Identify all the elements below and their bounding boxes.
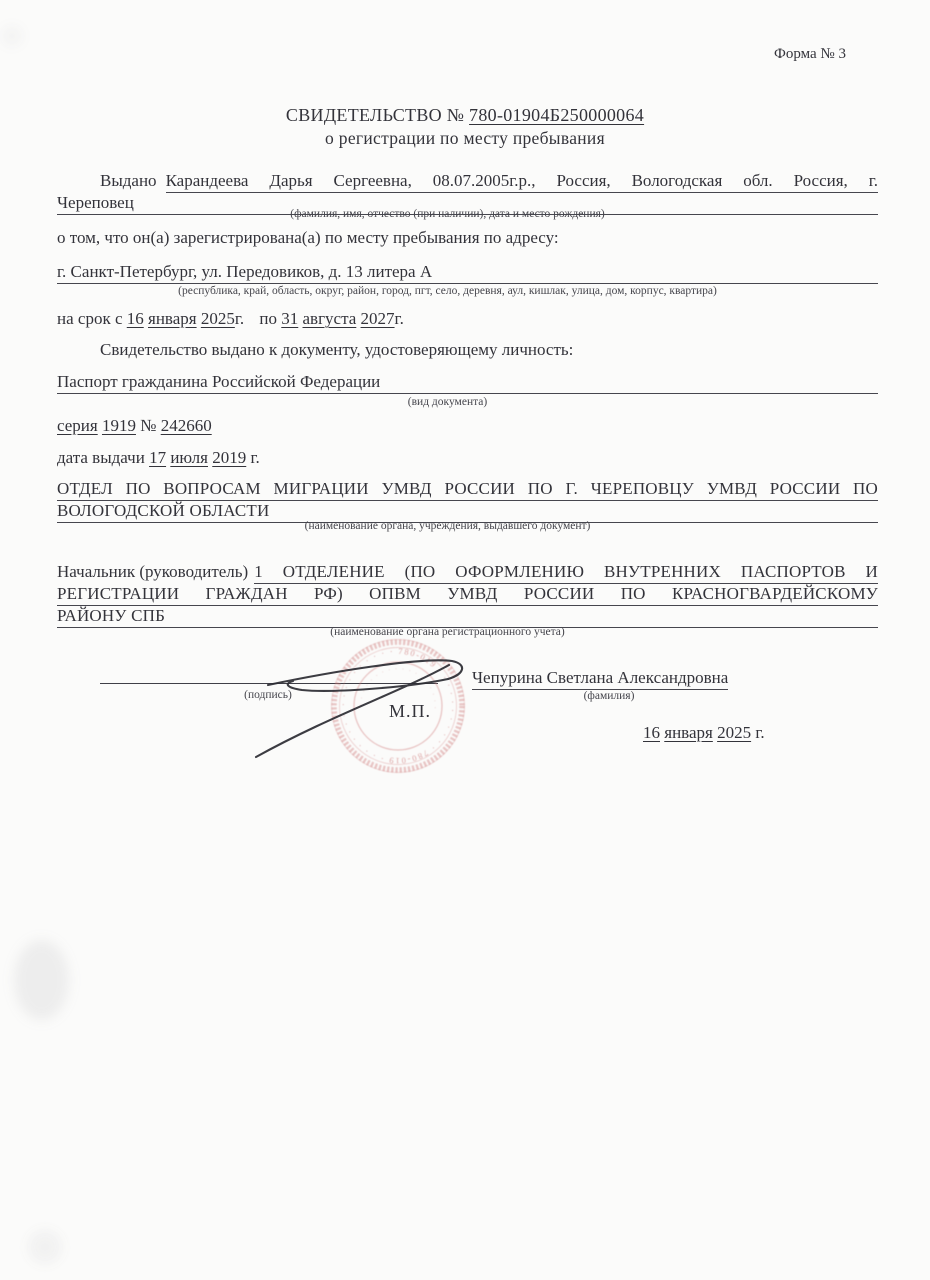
- issued-caption: (фамилия, имя, отчество (при наличии), д…: [40, 208, 855, 220]
- signature-line: [100, 683, 438, 684]
- period-to-suffix: г.: [395, 309, 404, 328]
- address-caption: (республика, край, область, округ, район…: [40, 285, 855, 297]
- certificate-title-prefix: СВИДЕТЕЛЬСТВО №: [286, 105, 464, 125]
- period-prefix: на срок с: [57, 309, 123, 328]
- scan-smudge: [28, 1230, 62, 1264]
- document-type-value: Паспорт гражданина Российской Федерации: [57, 372, 878, 394]
- head-label: Начальник (руководитель): [57, 562, 248, 582]
- document-series-line: серия 1919 № 242660: [57, 416, 878, 436]
- issue-year: 2019: [212, 448, 246, 467]
- issued-label: Выдано: [100, 171, 157, 191]
- certificate-number: 780-01904Б250000064: [469, 105, 644, 125]
- validity-period-line: на срок с 16 января 2025г. по 31 августа…: [57, 309, 878, 329]
- address-value: г. Санкт-Петербург, ул. Передовиков, д. …: [57, 262, 878, 284]
- issuing-authority-line1: ОТДЕЛ ПО ВОПРОСАМ МИГРАЦИИ УМВД РОССИИ П…: [57, 479, 878, 501]
- number-value: 242660: [161, 416, 212, 435]
- period-from-year: 2025: [201, 309, 235, 328]
- certificate-date-year: 2025: [717, 723, 751, 742]
- issue-date-label: дата выдачи: [57, 448, 145, 467]
- issued-to-line: Выдано Карандеева Дарья Сергеевна, 08.07…: [57, 171, 878, 193]
- certificate-date-day: 16: [643, 723, 660, 742]
- head-value-line1: 1 ОТДЕЛЕНИЕ (ПО ОФОРМЛЕНИЮ ВНУТРЕННИХ ПА…: [254, 562, 878, 584]
- certificate-issue-date: 16 января 2025 г.: [643, 723, 765, 743]
- form-number-label: Форма № 3: [774, 46, 846, 63]
- period-to-year: 2027: [361, 309, 395, 328]
- official-name-caption: (фамилия): [559, 690, 659, 702]
- signature-caption: (подпись): [218, 689, 318, 701]
- period-from-day: 16: [127, 309, 144, 328]
- head-line1: Начальник (руководитель) 1 ОТДЕЛЕНИЕ (ПО…: [57, 562, 878, 584]
- certificate-date-month: января: [664, 723, 713, 742]
- series-label: серия: [57, 416, 98, 435]
- period-to-day: 31: [281, 309, 298, 328]
- official-name: Чепурина Светлана Александровна: [472, 668, 728, 690]
- stamp-place-label: М.П.: [389, 701, 431, 722]
- registration-statement: о том, что он(а) зарегистрирована(а) по …: [57, 228, 878, 248]
- handwritten-signature: [256, 660, 462, 757]
- period-to-month: августа: [303, 309, 357, 328]
- document-type-line: Паспорт гражданина Российской Федерации: [57, 372, 878, 394]
- scan-smudge: [2, 26, 22, 46]
- address-line: г. Санкт-Петербург, ул. Передовиков, д. …: [57, 262, 878, 284]
- scan-smudge: [14, 940, 69, 1020]
- certificate-title: СВИДЕТЕЛЬСТВО № 780-01904Б250000064: [0, 105, 930, 126]
- document-type-caption: (вид документа): [40, 396, 855, 408]
- certificate-date-suffix: г.: [755, 723, 764, 742]
- document-statement-text: Свидетельство выдано к документу, удосто…: [100, 340, 573, 359]
- period-from-month: января: [148, 309, 197, 328]
- document-issue-date-line: дата выдачи 17 июля 2019 г.: [57, 448, 878, 468]
- signature-stroke: [268, 660, 462, 685]
- head-line2: РЕГИСТРАЦИИ ГРАЖДАН РФ) ОПВМ УМВД РОССИИ…: [57, 584, 878, 606]
- registration-authority-caption: (наименование органа регистрационного уч…: [40, 626, 855, 638]
- head-line3: РАЙОНУ СПБ: [57, 606, 878, 628]
- issue-day: 17: [149, 448, 166, 467]
- issued-value-line1: Карандеева Дарья Сергеевна, 08.07.2005г.…: [166, 171, 878, 193]
- document-statement: Свидетельство выдано к документу, удосто…: [57, 340, 878, 360]
- issue-suffix: г.: [251, 448, 260, 467]
- period-mid: по: [259, 309, 277, 328]
- series-value: 1919: [102, 416, 136, 435]
- period-from-suffix: г.: [235, 309, 244, 328]
- number-sign: №: [140, 416, 156, 435]
- issuing-authority-caption: (наименование органа, учреждения, выдавш…: [40, 520, 855, 532]
- certificate-subtitle: о регистрации по месту пребывания: [0, 128, 930, 149]
- issue-month: июля: [170, 448, 208, 467]
- registration-certificate-page: Форма № 3 СВИДЕТЕЛЬСТВО № 780-01904Б2500…: [0, 0, 930, 1280]
